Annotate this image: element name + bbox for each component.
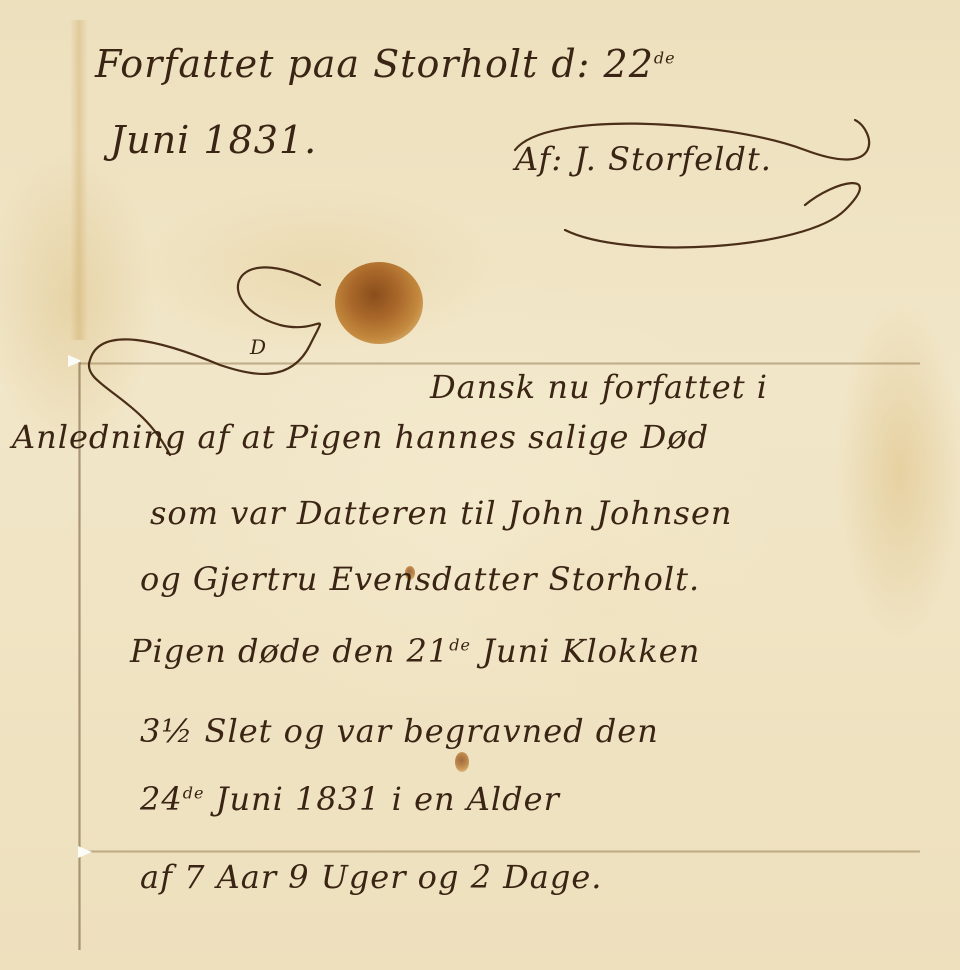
header-line-1: Forfattet paa Storholt d: 22de (95, 42, 676, 86)
header-line-2: Juni 1831. (110, 118, 317, 162)
body-line-4: og Gjertru Evensdatter Storholt. (140, 560, 700, 598)
body-line-5-sup: de (449, 635, 471, 654)
body-line-8: af 7 Aar 9 Uger og 2 Dage. (140, 858, 602, 896)
ink-blot-small (455, 752, 469, 772)
body-line-7: 24de Juni 1831 i en Alder (140, 780, 560, 818)
body-line-5: Pigen døde den 21de Juni Klokken (130, 632, 700, 670)
header-line-1-text: Forfattet paa Storholt d: 22 (95, 42, 654, 86)
body-line-7-sup: de (183, 783, 205, 802)
body-line-5-text: Pigen døde den 21 (130, 632, 449, 670)
opening-letter: D (250, 335, 267, 359)
body-line-5-rest: Juni Klokken (471, 632, 700, 670)
body-line-6: 3½ Slet og var begravned den (140, 712, 659, 750)
fold-crease-horizontal-lower (80, 850, 920, 853)
body-line-3: som var Datteren til John Johnsen (150, 494, 733, 532)
header-line-1-sup: de (654, 48, 676, 67)
signature-flourish-icon (505, 110, 875, 260)
body-line-7-rest: Juni 1831 i en Alder (204, 780, 559, 818)
body-line-1: Dansk nu forfattet i (430, 368, 768, 406)
body-line-7-text: 24 (140, 780, 183, 818)
body-line-2: Anledning af at Pigen hannes salige Død (12, 418, 709, 456)
